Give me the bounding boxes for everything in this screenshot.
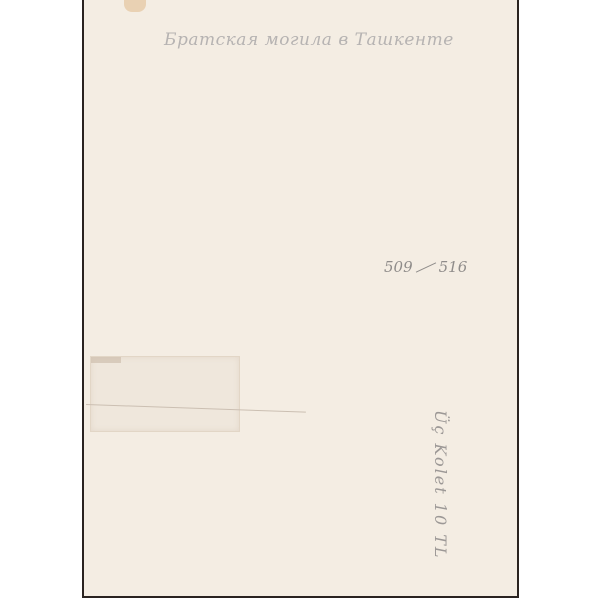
inventory-number: 509516	[384, 258, 467, 276]
stain-mark	[124, 0, 146, 12]
tape-patch	[90, 356, 240, 432]
inventory-number-sub: 516	[439, 258, 468, 276]
inventory-number-main: 509	[384, 258, 413, 276]
photo-back-paper: Братская могила в Ташкенте 509516 Üç Kol…	[82, 0, 519, 598]
handwritten-caption: Братская могила в Ташкенте	[164, 30, 454, 50]
slash-mark	[415, 262, 435, 272]
price-note: Üç Kolet 10 TL	[431, 410, 450, 560]
